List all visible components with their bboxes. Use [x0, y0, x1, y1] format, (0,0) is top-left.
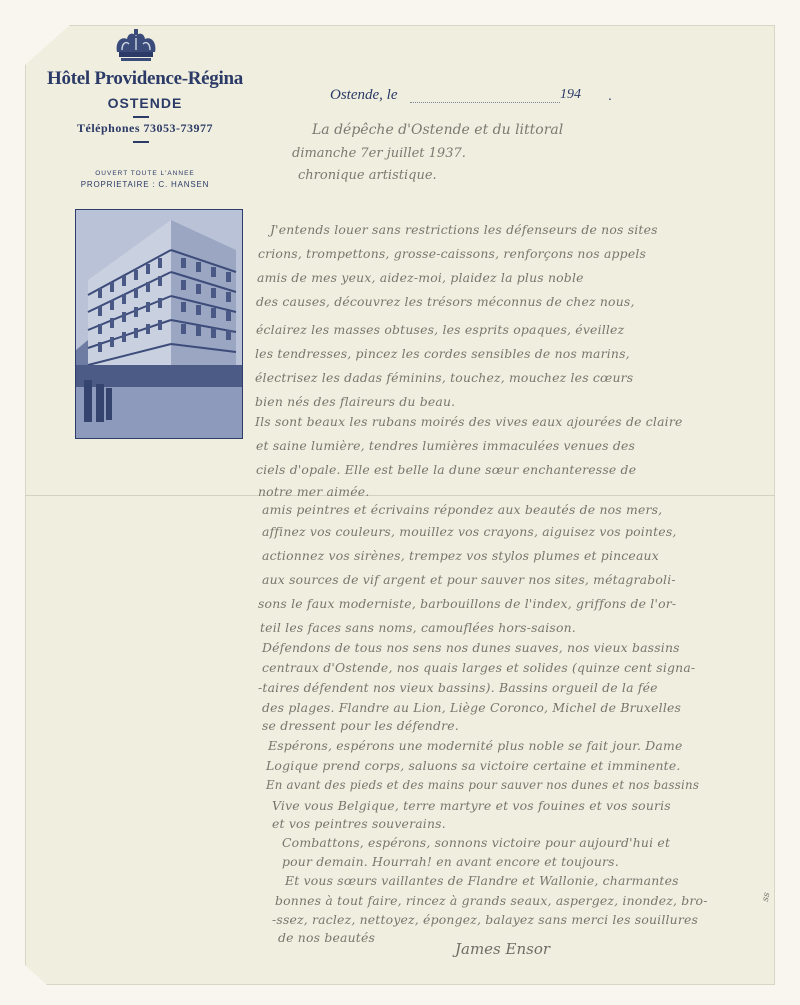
body-line: bonnes à tout faire, rincez à grands sea… — [275, 893, 708, 908]
body-line: amis de mes yeux, aidez-moi, plaidez la … — [257, 270, 584, 285]
body-line: J'entends louer sans restrictions les dé… — [270, 222, 658, 237]
body-line: pour demain. Hourrah! en avant encore et… — [282, 854, 619, 869]
horizontal-fold-line — [25, 495, 775, 496]
body-line: de nos beautés — [278, 930, 375, 945]
body-line: Combattons, espérons, sonnons victoire p… — [282, 835, 670, 850]
divider — [133, 141, 149, 143]
header-note: La dépêche d'Ostende et du littoral — [312, 122, 563, 138]
body-line: notre mer aimée. — [258, 484, 369, 499]
body-line: des causes, découvrez les trésors méconn… — [256, 294, 635, 309]
body-line: électrisez les dadas féminins, touchez, … — [255, 370, 633, 385]
margin-note: ss — [761, 892, 772, 903]
phone-numbers: Téléphones 73053-73977 — [25, 121, 265, 136]
body-line: Espérons, espérons une modernité plus no… — [268, 738, 683, 753]
body-line: Vive vous Belgique, terre martyre et vos… — [272, 798, 671, 813]
body-line: actionnez vos sirènes, trempez vos stylo… — [262, 548, 659, 563]
body-line: Et vous sœurs vaillantes de Flandre et W… — [285, 873, 679, 888]
city-name: OSTENDE — [25, 95, 265, 111]
body-line: des plages. Flandre au Lion, Liège Coron… — [262, 700, 681, 715]
body-line: ciels d'opale. Elle est belle la dune sœ… — [256, 462, 636, 477]
dateline-dot: . — [608, 87, 612, 103]
body-line: crions, trompettons, grosse-caissons, re… — [258, 246, 646, 261]
body-line: En avant des pieds et des mains pour sau… — [266, 778, 699, 792]
signature: James Ensor — [455, 940, 550, 958]
body-line: bien nés des flaireurs du beau. — [255, 394, 455, 409]
divider — [133, 116, 149, 118]
body-line: se dressent pour les défendre. — [262, 718, 459, 733]
owner-line: PROPRIETAIRE : C. HANSEN — [25, 180, 265, 189]
body-line: -ssez, raclez, nettoyez, épongez, balaye… — [272, 912, 698, 927]
body-line: teil les faces sans noms, camouflées hor… — [260, 620, 576, 635]
crown-icon — [113, 28, 159, 64]
body-line: et vos peintres souverains. — [272, 816, 446, 831]
body-line: aux sources de vif argent et pour sauver… — [262, 572, 676, 587]
header-note: chronique artistique. — [298, 168, 437, 183]
date-blank-line — [410, 102, 560, 103]
body-line: Défendons de tous nos sens nos dunes sua… — [262, 640, 680, 655]
hotel-photo — [75, 209, 243, 439]
dateline-year: 194 — [560, 87, 581, 103]
hotel-name: Hôtel Providence-Régina — [25, 68, 265, 90]
body-line: et saine lumière, tendres lumières immac… — [256, 438, 635, 453]
body-line: Ils sont beaux les rubans moirés des viv… — [255, 414, 683, 429]
dateline-place: Ostende, le — [330, 87, 397, 104]
body-line: affinez vos couleurs, mouillez vos crayo… — [262, 524, 677, 539]
header-note: dimanche 7er juillet 1937. — [292, 146, 466, 161]
body-line: -taires défendent nos vieux bassins). Ba… — [258, 680, 658, 695]
body-line: les tendresses, pincez les cordes sensib… — [255, 346, 630, 361]
body-line: amis peintres et écrivains répondez aux … — [262, 502, 662, 517]
open-all-year-note: OUVERT TOUTE L'ANNEE — [25, 170, 265, 177]
body-line: Logique prend corps, saluons sa victoire… — [266, 758, 681, 773]
body-line: centraux d'Ostende, nos quais larges et … — [262, 660, 695, 675]
body-line: sons le faux moderniste, barbouillons de… — [258, 596, 676, 611]
body-line: éclairez les masses obtuses, les esprits… — [256, 322, 624, 337]
